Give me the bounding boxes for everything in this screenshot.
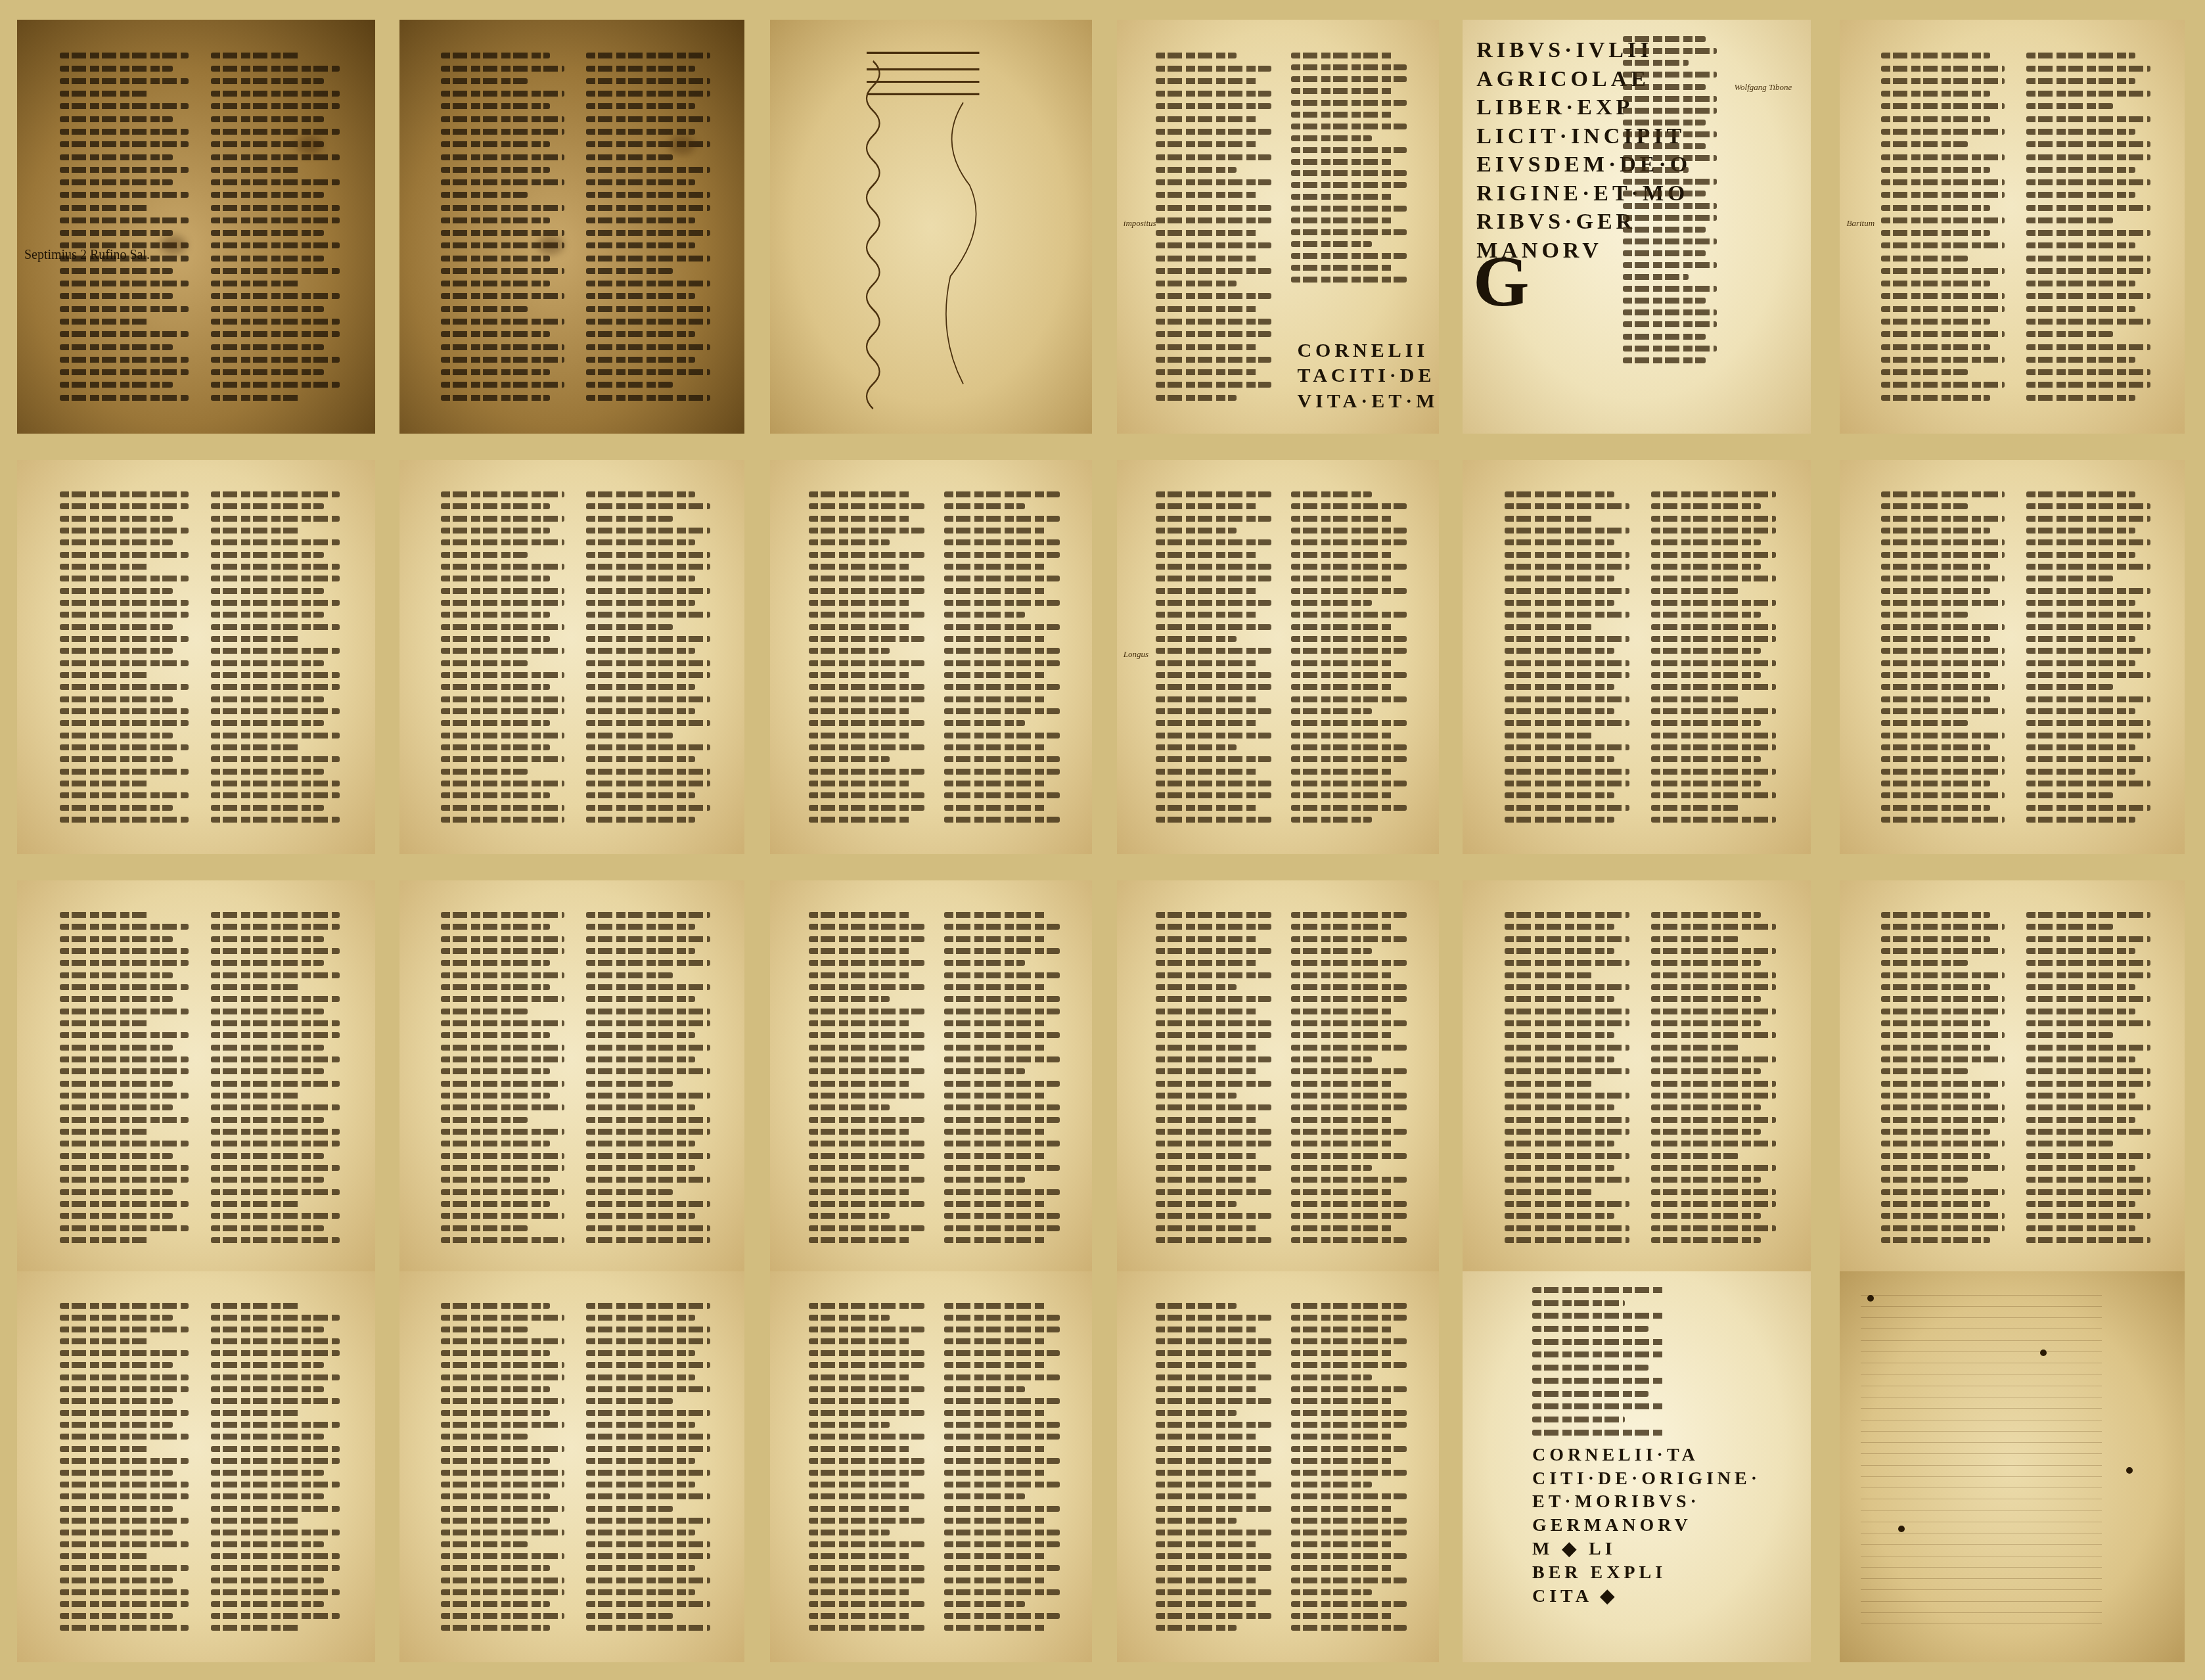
script-line: [60, 1129, 150, 1135]
script-line: [1156, 576, 1271, 581]
script-line: [1156, 792, 1271, 798]
script-line: [1156, 141, 1258, 147]
script-line: [1881, 564, 1990, 570]
script-line: [809, 516, 911, 522]
manuscript-page-r2-c2: [399, 460, 744, 854]
script-line: [586, 1541, 710, 1547]
script-line: [809, 1470, 924, 1476]
script-line: [1881, 708, 2005, 714]
script-line: [1291, 53, 1393, 58]
script-line: [1532, 1430, 1664, 1436]
script-line: [1532, 1378, 1664, 1384]
script-line: [586, 1470, 710, 1476]
script-line: [1651, 1213, 1761, 1219]
script-line: [60, 660, 189, 666]
ruling-line: [1861, 1453, 2103, 1454]
script-line: [211, 331, 340, 337]
script-line: [1505, 624, 1592, 630]
script-line: [211, 660, 324, 666]
script-line: [1156, 1386, 1258, 1392]
script-line: [60, 708, 189, 714]
script-line: [1291, 88, 1393, 94]
script-line: [1881, 684, 2005, 690]
script-line: [586, 564, 710, 570]
script-line: [586, 1020, 710, 1026]
script-line: [441, 1237, 564, 1243]
script-line: [211, 1045, 324, 1051]
script-line: [441, 1338, 564, 1344]
ruling-line: [1861, 1431, 2103, 1432]
script-line: [809, 1350, 924, 1356]
script-line: [1156, 1045, 1258, 1051]
script-line: [586, 1398, 673, 1404]
script-line: [1651, 636, 1776, 642]
script-line: [1291, 1410, 1407, 1416]
script-line: [944, 1506, 1060, 1512]
script-line: [1156, 948, 1271, 954]
script-line: [441, 733, 564, 738]
script-line: [586, 1578, 710, 1583]
script-line: [441, 708, 564, 714]
script-line: [1651, 972, 1776, 978]
script-line: [586, 1362, 710, 1368]
script-line: [211, 600, 340, 606]
script-line: [60, 1506, 173, 1512]
script-line: [1156, 395, 1237, 401]
script-line: [809, 1009, 924, 1014]
script-line: [586, 924, 695, 930]
script-line: [2026, 116, 2150, 122]
script-line: [211, 528, 301, 534]
script-line: [586, 936, 710, 942]
script-line: [944, 948, 1060, 954]
script-line: [944, 576, 1060, 581]
text-column: [586, 1303, 710, 1631]
manuscript-page-r2-c5: [1463, 460, 1811, 854]
script-line: [2026, 624, 2150, 630]
text-column: [211, 1303, 340, 1631]
script-line: [1156, 660, 1258, 666]
script-line: [1156, 1601, 1258, 1607]
script-line: [1291, 1613, 1393, 1619]
text-column: [60, 53, 189, 400]
script-line: [1291, 277, 1407, 283]
script-line: [441, 103, 550, 109]
manuscript-page-r1-c2: [399, 20, 744, 434]
script-line: [1651, 792, 1776, 798]
script-line: [944, 756, 1060, 762]
script-line: [211, 179, 340, 185]
script-line: [211, 624, 340, 630]
script-line: [2026, 1117, 2135, 1123]
script-line: [60, 948, 189, 954]
script-line: [586, 1589, 695, 1595]
ruling-line: [1861, 1589, 2103, 1590]
script-line: [1881, 552, 2005, 558]
script-line: [809, 1104, 890, 1110]
script-line: [586, 230, 710, 236]
script-line: [1881, 154, 2005, 160]
script-line: [1156, 78, 1258, 84]
script-line: [944, 996, 1060, 1002]
script-line: [586, 1225, 710, 1231]
script-line: [2026, 395, 2135, 401]
script-line: [211, 744, 301, 750]
script-line: [211, 1020, 340, 1026]
script-line: [1881, 179, 2005, 185]
script-line: [586, 1350, 695, 1356]
script-line: [211, 588, 324, 594]
script-line: [60, 1398, 173, 1404]
script-line: [809, 733, 911, 738]
script-line: [441, 91, 564, 97]
script-line: [441, 744, 550, 750]
script-line: [586, 733, 673, 738]
script-line: [1156, 1237, 1271, 1243]
script-line: [1156, 1530, 1271, 1535]
script-line: [60, 744, 189, 750]
text-column: [809, 1303, 924, 1631]
script-line: [1881, 1032, 2005, 1038]
script-line: [944, 696, 1046, 702]
script-line: [1881, 192, 2005, 198]
ruling-line: [1861, 1328, 2103, 1329]
script-line: [944, 1482, 1060, 1487]
script-line: [1156, 1565, 1271, 1571]
text-column: [60, 912, 189, 1243]
script-line: [60, 1518, 189, 1524]
script-line: [1505, 684, 1614, 690]
ruling-line: [1861, 1351, 2103, 1352]
script-line: [1651, 805, 1739, 811]
script-line: [60, 1458, 189, 1464]
script-line: [1156, 268, 1271, 274]
script-line: [211, 817, 340, 823]
script-line: [441, 503, 550, 509]
script-line: [1623, 262, 1717, 268]
script-line: [1291, 588, 1407, 594]
ruling-line: [1861, 1578, 2103, 1579]
script-line: [441, 1589, 564, 1595]
script-line: [586, 1518, 710, 1524]
script-line: [809, 960, 924, 966]
script-line: [211, 792, 340, 798]
script-line: [586, 1201, 710, 1207]
script-line: [809, 684, 924, 690]
script-line: [586, 984, 710, 990]
script-line: [1156, 1117, 1258, 1123]
script-line: [1881, 996, 2005, 1002]
script-line: [1291, 1398, 1393, 1404]
script-line: [211, 1303, 301, 1309]
script-line: [1881, 503, 1968, 509]
script-line: [211, 924, 340, 930]
script-line: [586, 792, 695, 798]
script-line: [1156, 1327, 1258, 1332]
script-line: [944, 744, 1046, 750]
script-line: [1156, 1081, 1271, 1087]
script-line: [1505, 1117, 1629, 1123]
text-column: [586, 491, 710, 823]
text-column: [1881, 912, 2005, 1243]
ruling-line: [1861, 1601, 2103, 1602]
script-line: [211, 1553, 340, 1559]
script-line: [2026, 344, 2150, 350]
script-line: [1881, 1129, 1990, 1135]
script-line: [1651, 1201, 1776, 1207]
script-line: [1623, 238, 1717, 244]
script-line: [1881, 636, 1990, 642]
script-line: [1156, 1093, 1237, 1099]
script-line: [809, 912, 911, 918]
script-line: [1156, 1350, 1271, 1356]
script-line: [1156, 1129, 1271, 1135]
script-line: [586, 66, 695, 72]
script-line: [441, 612, 550, 618]
script-line: [2026, 192, 2135, 198]
script-line: [1623, 36, 1706, 42]
script-line: [809, 769, 924, 775]
text-column: [441, 53, 564, 400]
script-line: [211, 1153, 324, 1159]
script-line: [1505, 924, 1614, 930]
script-line: [1505, 984, 1629, 990]
script-line: [1156, 1422, 1271, 1428]
script-line: [1651, 984, 1776, 990]
script-line: [586, 948, 695, 954]
script-line: [60, 293, 173, 299]
script-line: [1881, 53, 1990, 58]
ink-spot: [1898, 1526, 1905, 1532]
script-line: [586, 528, 710, 534]
script-line: [211, 1093, 301, 1099]
script-line: [60, 539, 173, 545]
script-line: [1881, 382, 2005, 388]
script-line: [586, 217, 695, 223]
script-line: [1651, 1189, 1776, 1195]
script-line: [2026, 1213, 2150, 1219]
manuscript-page-r1-c5: RIBVS·IVLII AGRICOLAE LIBER·EXP LICIT·IN…: [1463, 20, 1811, 434]
script-line: [441, 66, 564, 72]
script-line: [441, 1177, 550, 1183]
script-line: [944, 1530, 1060, 1535]
margin-note: Baritum: [1847, 218, 1875, 229]
script-line: [1156, 1541, 1258, 1547]
script-line: [944, 624, 1060, 630]
script-line: [2026, 960, 2150, 966]
script-line: [1651, 1177, 1761, 1183]
script-line: [441, 996, 564, 1002]
script-line: [1532, 1300, 1625, 1306]
script-line: [1505, 1213, 1614, 1219]
script-line: [1881, 357, 2005, 363]
script-line: [586, 708, 695, 714]
script-line: [441, 167, 550, 173]
script-line: [441, 552, 528, 558]
script-line: [60, 1338, 150, 1344]
script-line: [1156, 1225, 1258, 1231]
script-line: [1881, 344, 1990, 350]
script-line: [586, 1458, 695, 1464]
script-line: [441, 179, 564, 185]
script-line: [1881, 1104, 2005, 1110]
script-line: [1156, 744, 1237, 750]
script-line: [441, 1374, 564, 1380]
script-line: [1291, 600, 1372, 606]
script-line: [211, 720, 324, 726]
text-column: [1156, 491, 1271, 823]
script-line: [211, 91, 340, 97]
script-line: [2026, 720, 2150, 726]
script-line: [60, 167, 189, 173]
script-line: [441, 564, 564, 570]
script-line: [1156, 281, 1237, 286]
margin-note: impositus: [1124, 218, 1156, 229]
script-line: [1881, 129, 2005, 135]
script-line: [586, 1032, 695, 1038]
script-line: [1881, 539, 2005, 545]
script-line: [211, 53, 301, 58]
explicit-rubric: CORNELII·TA CITI·DE·ORIGINE· ET·MORIBVS·…: [1532, 1443, 1761, 1608]
script-line: [2026, 539, 2150, 545]
script-line: [60, 516, 173, 522]
script-line: [1291, 528, 1407, 534]
script-line: [1291, 1553, 1407, 1559]
script-line: [1291, 217, 1393, 223]
script-line: [2026, 503, 2150, 509]
script-line: [1881, 230, 1990, 236]
script-line: [1156, 1362, 1258, 1368]
text-column: [586, 53, 710, 400]
script-line: [944, 1225, 1060, 1231]
script-line: [1156, 539, 1271, 545]
script-line: [809, 1446, 911, 1452]
script-line: [60, 984, 189, 990]
script-line: [441, 1153, 564, 1159]
script-line: [944, 1327, 1060, 1332]
script-line: [586, 552, 710, 558]
script-line: [1156, 805, 1258, 811]
script-line: [1651, 1104, 1761, 1110]
script-line: [586, 1068, 710, 1074]
script-line: [2026, 1153, 2150, 1159]
script-line: [1291, 924, 1393, 930]
script-line: [1881, 256, 1968, 261]
script-line: [1623, 286, 1717, 292]
script-line: [1291, 1225, 1393, 1231]
script-line: [441, 1315, 564, 1321]
script-line: [211, 1362, 324, 1368]
script-line: [2026, 1129, 2150, 1135]
ruling-line: [1861, 1295, 2103, 1296]
script-line: [2026, 1189, 2150, 1195]
text-column: [1505, 912, 1629, 1243]
script-line: [586, 672, 710, 678]
script-line: [2026, 672, 2150, 678]
script-line: [586, 344, 710, 350]
script-line: [1156, 696, 1258, 702]
script-line: [211, 217, 340, 223]
script-line: [1291, 805, 1407, 811]
script-line: [2026, 230, 2150, 236]
script-line: [809, 1056, 911, 1062]
script-line: [1291, 1093, 1407, 1099]
script-line: [586, 1386, 710, 1392]
script-line: [1291, 769, 1393, 775]
script-line: [944, 1117, 1060, 1123]
script-line: [441, 1530, 564, 1535]
script-line: [2026, 781, 2150, 786]
script-line: [1156, 344, 1258, 350]
script-line: [211, 1625, 301, 1631]
script-line: [1651, 576, 1776, 581]
script-line: [211, 154, 340, 160]
script-line: [1291, 552, 1393, 558]
script-line: [1505, 528, 1629, 534]
script-line: [1291, 229, 1407, 235]
script-line: [809, 1362, 924, 1368]
margin-note: Longus: [1124, 649, 1148, 660]
script-line: [441, 1493, 550, 1499]
script-line: [809, 1129, 911, 1135]
script-line: [944, 1493, 1025, 1499]
script-line: [1623, 346, 1717, 352]
script-line: [1291, 744, 1407, 750]
script-line: [441, 539, 564, 545]
script-line: [441, 1410, 550, 1416]
script-line: [1881, 167, 1990, 173]
manuscript-page-r3-c5: [1463, 880, 1811, 1275]
decorated-initial: G: [1473, 235, 1530, 328]
script-line: [211, 1470, 324, 1476]
text-column: [441, 1303, 564, 1631]
script-line: [1532, 1403, 1664, 1409]
script-line: [211, 1589, 340, 1595]
script-line: [944, 528, 1046, 534]
script-line: [441, 205, 564, 211]
script-line: [809, 576, 924, 581]
script-line: [2026, 769, 2135, 775]
script-line: [60, 612, 189, 618]
script-line: [441, 293, 564, 299]
script-line: [1881, 1153, 1990, 1159]
script-line: [2026, 817, 2135, 823]
script-line: [1291, 1530, 1407, 1535]
script-line: [1881, 516, 2005, 522]
script-line: [1291, 733, 1393, 738]
script-line: [60, 331, 189, 337]
script-line: [441, 805, 564, 811]
script-line: [1881, 612, 1968, 618]
script-line: [944, 792, 1060, 798]
script-line: [211, 1493, 324, 1499]
ruling-line: [1861, 1623, 2103, 1624]
script-line: [441, 1104, 564, 1110]
manuscript-page-r4-c5: CORNELII·TA CITI·DE·ORIGINE· ET·MORIBVS·…: [1463, 1271, 1811, 1662]
text-column: [2026, 491, 2150, 823]
script-line: [586, 684, 695, 690]
script-line: [1291, 1189, 1393, 1195]
script-line: [60, 972, 173, 978]
script-line: [586, 1374, 695, 1380]
script-line: [211, 960, 324, 966]
script-line: [1881, 1009, 2005, 1014]
script-line: [1881, 331, 2005, 337]
script-line: [586, 1315, 695, 1321]
script-line: [2026, 744, 2135, 750]
script-line: [211, 708, 340, 714]
script-line: [441, 1350, 550, 1356]
